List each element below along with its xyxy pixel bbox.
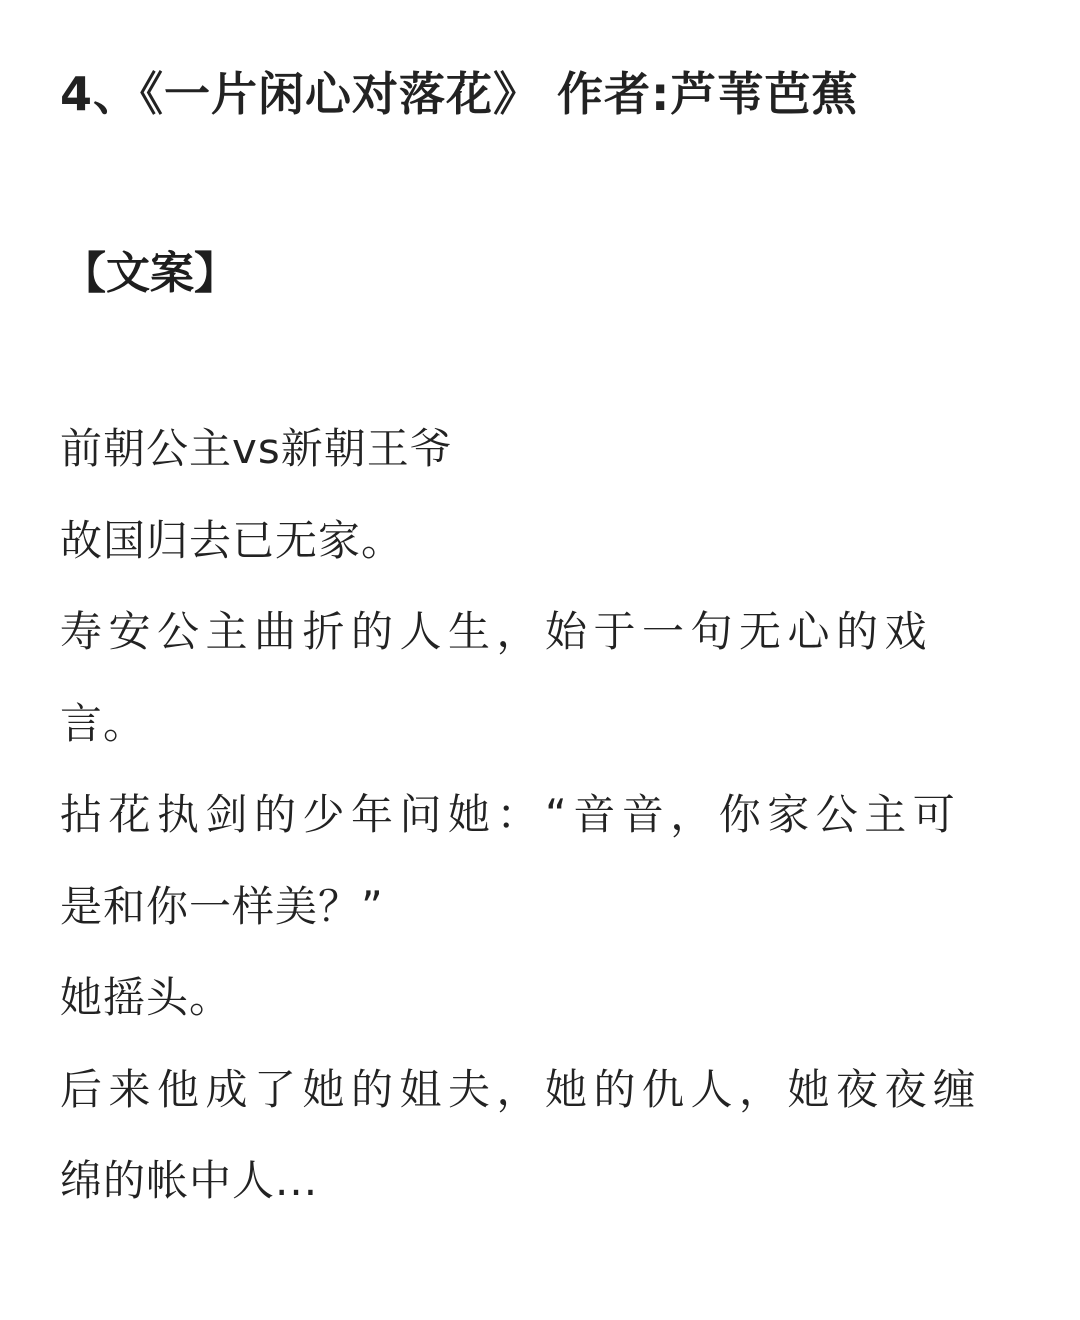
synopsis-line: 绵的帐中人... <box>60 1158 1020 1204</box>
synopsis-line: 后来他成了她的姐夫，她的仇人，她夜夜缠 <box>60 1067 1020 1113</box>
synopsis-line: 她摇头。 <box>60 975 1020 1021</box>
synopsis-heading: 【文案】 <box>62 244 238 304</box>
synopsis-body: 前朝公主vs新朝王爷 故国归去已无家。 寿安公主曲折的人生，始于一句无心的戏 言… <box>60 426 1020 1250</box>
synopsis-line: 前朝公主vs新朝王爷 <box>60 426 1020 472</box>
synopsis-line: 言。 <box>60 701 1020 747</box>
synopsis-line: 寿安公主曲折的人生，始于一句无心的戏 <box>60 609 1020 655</box>
synopsis-line: 是和你一样美？” <box>60 884 1020 930</box>
book-title: 4、《一片闲心对落花》 作者:芦苇芭蕉 <box>60 62 858 126</box>
synopsis-line: 故国归去已无家。 <box>60 518 1020 564</box>
synopsis-line: 拈花执剑的少年问她：“音音，你家公主可 <box>60 792 1020 838</box>
